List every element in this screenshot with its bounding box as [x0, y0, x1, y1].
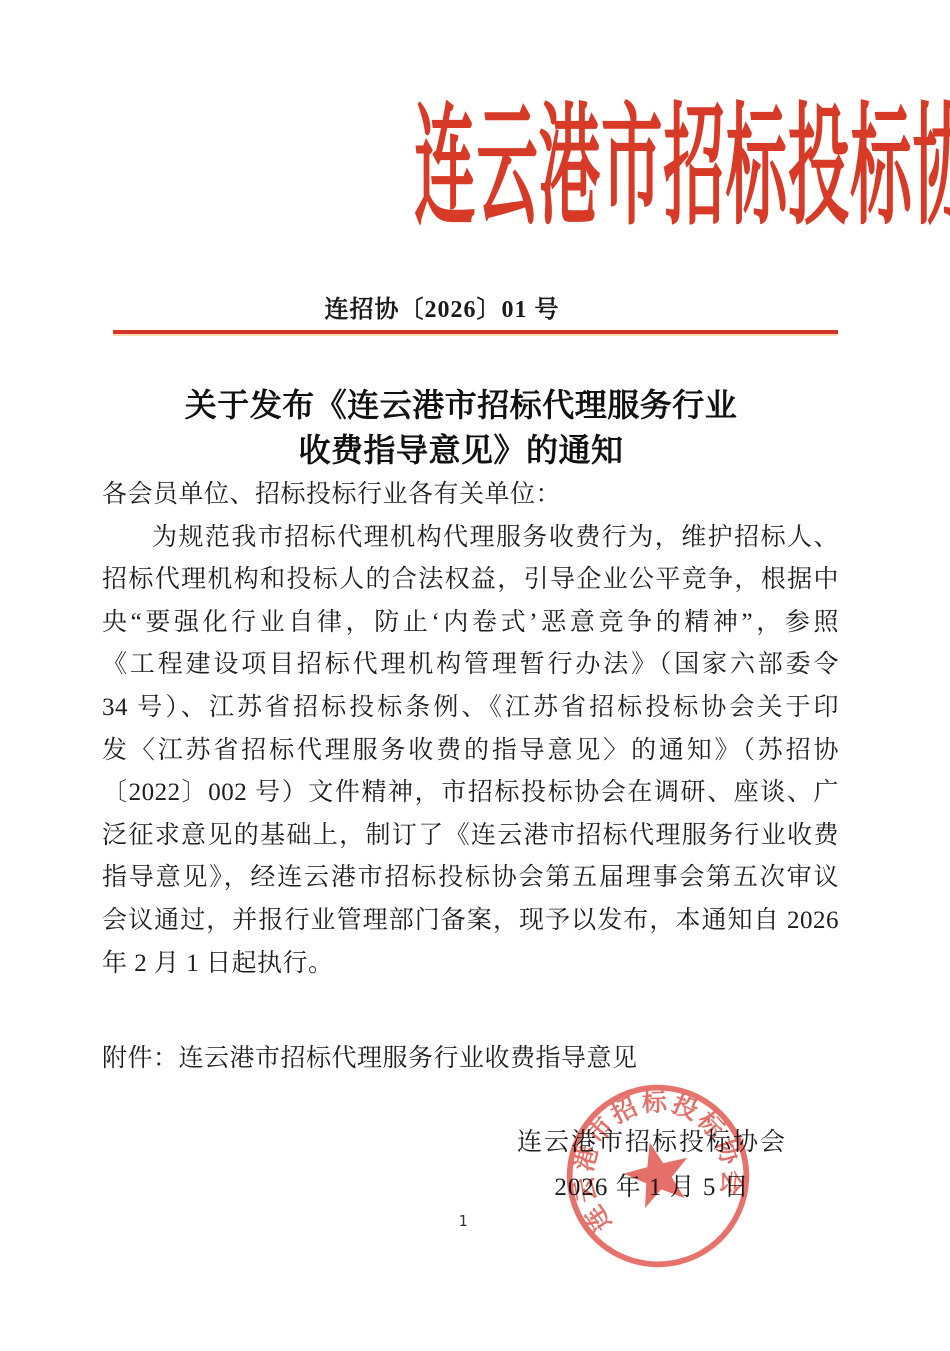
- seal-ring-text: 连云港市招标投标协会: [562, 1080, 754, 1240]
- body-line: 年 2 月 1 日起执行。: [102, 943, 839, 986]
- page-number: 1: [428, 1212, 498, 1230]
- body-line: 《工程建设项目招标代理机构管理暂行办法》（国家六部委令: [102, 644, 839, 687]
- document-page: 连云港市招标投标协会文件 连招协〔2026〕01 号 关于发布《连云港市招标代理…: [0, 0, 950, 1351]
- notice-title-line1: 关于发布《连云港市招标代理服务行业: [0, 383, 936, 428]
- notice-body: 各会员单位、招标投标行业各有关单位： 为规范我市招标代理机构代理服务收费行为，维…: [102, 474, 839, 985]
- body-line: 会议通过，并报行业管理部门备案，现予以发布，本通知自 2026: [102, 900, 839, 943]
- notice-title: 关于发布《连云港市招标代理服务行业 收费指导意见》的通知: [0, 383, 936, 473]
- salutation: 各会员单位、招标投标行业各有关单位：: [102, 474, 839, 517]
- masthead: 连云港市招标投标协会文件: [0, 92, 934, 244]
- body-line: 发〈江苏省招标代理服务收费的指导意见〉的通知》（苏招协: [102, 730, 839, 773]
- body-line: 为规范我市招标代理机构代理服务收费行为，维护招标人、: [102, 517, 839, 560]
- notice-title-line2: 收费指导意见》的通知: [0, 428, 936, 473]
- body-line: 央“要强化行业自律，防止‘内卷式’恶意竞争的精神”，参照: [102, 602, 839, 645]
- doc-number: 连招协〔2026〕01 号: [0, 294, 917, 326]
- body-line: 泛征求意见的基础上，制订了《连云港市招标代理服务行业收费: [102, 815, 839, 858]
- body-line: 指导意见》，经连云港市招标投标协会第五届理事会第五次审议: [102, 857, 839, 900]
- attachment-line: 附件：连云港市招标代理服务行业收费指导意见: [102, 1044, 638, 1074]
- red-divider-line: [113, 330, 838, 334]
- body-line: 〔2022〕002 号）文件精神，市招标投标协会在调研、座谈、广: [102, 772, 839, 815]
- masthead-title: 连云港市招标投标协会文件: [414, 92, 950, 244]
- sign-date: 2026 年 1 月 5 日: [452, 1173, 852, 1203]
- body-line: 招标代理机构和投标人的合法权益，引导企业公平竞争，根据中: [102, 559, 839, 602]
- body-line: 34 号）、江苏省招标投标条例、《江苏省招标投标协会关于印: [102, 687, 839, 730]
- signer-name: 连云港市招标投标协会: [452, 1128, 852, 1158]
